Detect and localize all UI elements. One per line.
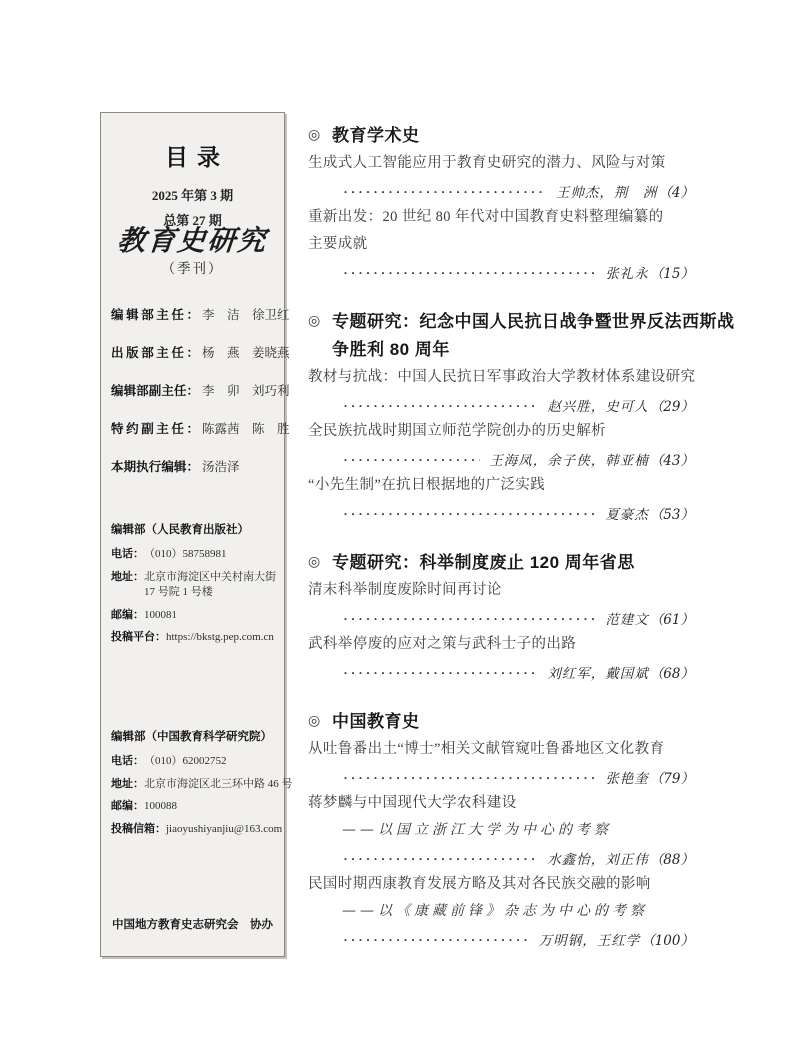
executive-editor-row: 本期执行编辑： 汤浩泽	[111, 459, 278, 476]
dot-leader	[342, 391, 538, 418]
article-page-number: （53）	[649, 503, 694, 523]
article-authors: 王海凤，余子侠，韩亚楠	[489, 449, 649, 469]
contact-address-row: 地址： 北京市海淀区中关村南大街 17 号院 1 号楼	[111, 570, 280, 601]
submission-platform-label: 投稿平台：	[111, 630, 166, 646]
article-page-number: （15）	[649, 262, 694, 282]
address-line: 北京市海淀区中关村南大街	[144, 570, 276, 586]
article-title-line: 武科举停废的应对之策与武科士子的出路	[308, 631, 694, 658]
section-heading: 争胜利 80 周年	[332, 336, 735, 364]
dot-leader	[342, 658, 538, 685]
article-authors: 刘红军，戴国斌	[547, 662, 649, 682]
article-page-number: （4）	[657, 181, 694, 201]
article-authors: 范建文	[605, 608, 649, 628]
contact-org-name: 编辑部（中国教育科学研究院）	[111, 728, 280, 744]
issue-number: 2025 年第 3 期	[101, 185, 284, 204]
toc-section: ◎ 专题研究：纪念中国人民抗日战争暨世界反法西斯战 争胜利 80 周年 教材与抗…	[308, 308, 694, 526]
dot-leader	[342, 604, 596, 631]
section-bullet-icon: ◎	[308, 308, 332, 364]
contact-postcode-row: 邮编： 100081	[111, 608, 280, 624]
article-page-number: （79）	[649, 767, 694, 787]
article-page-number: （29）	[649, 395, 694, 415]
executive-editor-label: 本期执行编辑：	[111, 459, 199, 476]
postcode-value: 100081	[144, 608, 177, 624]
article-title-line: “小先生制”在抗日根据地的广泛实践	[308, 472, 694, 499]
dot-leader	[342, 763, 596, 790]
staff-role-label: 特约副主任：	[111, 421, 199, 438]
article-authors: 张艳奎	[605, 767, 649, 787]
staff-names: 李 卯 刘巧利	[199, 383, 290, 400]
section-heading: 中国教育史	[332, 708, 694, 736]
article-page-number: （61）	[649, 608, 694, 628]
section-heading-row: ◎ 中国教育史	[308, 708, 694, 736]
article-authors: 张礼永	[605, 262, 649, 282]
dot-leader-row: 夏豪杰 （53）	[308, 499, 694, 526]
article-title-line: 民国时期西康教育发展方略及其对各民族交融的影响	[308, 871, 694, 898]
article-title-line: 清末科举制度废除时间再讨论	[308, 577, 694, 604]
section-heading-row: ◎ 专题研究：纪念中国人民抗日战争暨世界反法西斯战 争胜利 80 周年	[308, 308, 694, 364]
submission-email-label: 投稿信箱：	[111, 822, 166, 838]
contact-block-cnaes: 编辑部（中国教育科学研究院） 电话： （010）62002752 地址： 北京市…	[111, 728, 280, 844]
journal-info-panel: 目录 2025 年第 3 期 总第 27 期 教育史研究 （季刊） 编辑部主任：…	[100, 112, 285, 957]
address-value: 北京市海淀区中关村南大街 17 号院 1 号楼	[144, 570, 276, 601]
phone-value: （010）62002752	[144, 754, 227, 770]
staff-role-label: 编辑部主任：	[111, 307, 199, 324]
postcode-label: 邮编：	[111, 799, 144, 815]
dot-leader	[342, 445, 480, 472]
dot-leader-row: 张艳奎 （79）	[308, 763, 694, 790]
staff-row: 编辑部主任： 李 洁 徐卫红	[111, 307, 278, 324]
phone-label: 电话：	[111, 547, 144, 563]
contact-submission-row: 投稿平台： https://bkstg.pep.com.cn	[111, 630, 280, 646]
phone-value: （010）58758981	[144, 547, 227, 563]
staff-row: 编辑部副主任： 李 卯 刘巧利	[111, 383, 278, 400]
toc-section: ◎ 专题研究：科举制度废止 120 周年省思 清末科举制度废除时间再讨论 范建文…	[308, 549, 694, 685]
contact-postcode-row: 邮编： 100088	[111, 799, 280, 815]
article-title-line: 蒋梦麟与中国现代大学农科建设	[308, 790, 694, 817]
dot-leader-row: 王帅杰，荆 洲 （4）	[308, 177, 694, 204]
address-line: 17 号院 1 号楼	[144, 585, 276, 601]
article-authors: 万明钢，王红学	[539, 929, 641, 949]
co-organizer: 中国地方教育史志研究会 协办	[101, 916, 284, 932]
dot-leader	[342, 177, 547, 204]
staff-row: 特约副主任： 陈露茜 陈 胜	[111, 421, 278, 438]
contact-phone-row: 电话： （010）62002752	[111, 754, 280, 770]
staff-names: 杨 燕 姜晓燕	[199, 345, 290, 362]
dot-leader-row: 刘红军，戴国斌 （68）	[308, 658, 694, 685]
postcode-label: 邮编：	[111, 608, 144, 624]
article-page-number: （68）	[649, 662, 694, 682]
staff-names: 陈露茜 陈 胜	[199, 421, 290, 438]
article-authors: 夏豪杰	[605, 503, 649, 523]
dot-leader-row: 水鑫怡，刘正伟 （88）	[308, 844, 694, 871]
staff-names: 李 洁 徐卫红	[199, 307, 290, 324]
dot-leader-row: 万明钢，王红学 （100）	[308, 925, 694, 952]
phone-label: 电话：	[111, 754, 144, 770]
address-label: 地址：	[111, 570, 144, 601]
section-bullet-icon: ◎	[308, 549, 332, 577]
address-value: 北京市海淀区北三环中路 46 号	[144, 777, 293, 793]
submission-email-value: jiaoyushiyanjiu@163.com	[166, 822, 282, 838]
article-authors: 王帅杰，荆 洲	[556, 181, 658, 201]
editorial-staff-list: 编辑部主任： 李 洁 徐卫红 出版部主任： 杨 燕 姜晓燕 编辑部副主任： 李 …	[111, 307, 278, 459]
dot-leader	[342, 925, 530, 952]
journal-frequency: （季刊）	[101, 257, 284, 277]
section-heading: 专题研究：科举制度废止 120 周年省思	[332, 549, 694, 577]
staff-role-label: 编辑部副主任：	[111, 383, 199, 400]
article-title-line: 主要成就	[308, 231, 694, 258]
toc-section: ◎ 中国教育史 从吐鲁番出土“博士”相关文献管窥吐鲁番地区文化教育 张艳奎 （7…	[308, 708, 694, 952]
article-title-line: 重新出发：20 世纪 80 年代对中国教育史料整理编纂的	[308, 204, 694, 231]
article-subtitle: ——以《康藏前锋》杂志为中心的考察	[308, 898, 694, 925]
postcode-value: 100088	[144, 799, 177, 815]
article-title-line: 教材与抗战：中国人民抗日军事政治大学教材体系建设研究	[308, 364, 694, 391]
toc-list: ◎ 教育学术史 生成式人工智能应用于教育史研究的潜力、风险与对策 王帅杰，荆 洲…	[308, 122, 694, 975]
contact-phone-row: 电话： （010）58758981	[111, 547, 280, 563]
article-title-line: 生成式人工智能应用于教育史研究的潜力、风险与对策	[308, 150, 694, 177]
dot-leader	[342, 258, 596, 285]
dot-leader-row: 张礼永 （15）	[308, 258, 694, 285]
section-heading: 专题研究：纪念中国人民抗日战争暨世界反法西斯战	[332, 308, 735, 336]
journal-name: 教育史研究	[99, 219, 285, 259]
dot-leader	[342, 844, 538, 871]
contact-email-row: 投稿信箱： jiaoyushiyanjiu@163.com	[111, 822, 280, 838]
article-page-number: （43）	[649, 449, 694, 469]
dot-leader	[342, 499, 596, 526]
section-heading-row: ◎ 专题研究：科举制度废止 120 周年省思	[308, 549, 694, 577]
staff-row: 出版部主任： 杨 燕 姜晓燕	[111, 345, 278, 362]
article-title-line: 全民族抗战时期国立师范学院创办的历史解析	[308, 418, 694, 445]
article-page-number: （100）	[640, 929, 694, 949]
staff-role-label: 出版部主任：	[111, 345, 199, 362]
article-title-line: 从吐鲁番出土“博士”相关文献管窥吐鲁番地区文化教育	[308, 736, 694, 763]
submission-platform-url: https://bkstg.pep.com.cn	[166, 630, 274, 646]
section-bullet-icon: ◎	[308, 708, 332, 736]
dot-leader-row: 王海凤，余子侠，韩亚楠 （43）	[308, 445, 694, 472]
contact-org-name: 编辑部（人民教育出版社）	[111, 521, 280, 537]
executive-editor-name: 汤浩泽	[199, 459, 240, 476]
dot-leader-row: 赵兴胜，史可人 （29）	[308, 391, 694, 418]
article-subtitle: ——以国立浙江大学为中心的考察	[308, 817, 694, 844]
contact-address-row: 地址： 北京市海淀区北三环中路 46 号	[111, 777, 280, 793]
toc-title: 目录	[101, 139, 284, 172]
dot-leader-row: 范建文 （61）	[308, 604, 694, 631]
contact-block-pep: 编辑部（人民教育出版社） 电话： （010）58758981 地址： 北京市海淀…	[111, 521, 280, 653]
section-heading-row: ◎ 教育学术史	[308, 122, 694, 150]
article-authors: 水鑫怡，刘正伟	[547, 848, 649, 868]
section-bullet-icon: ◎	[308, 122, 332, 150]
article-page-number: （88）	[649, 848, 694, 868]
article-authors: 赵兴胜，史可人	[547, 395, 649, 415]
address-label: 地址：	[111, 777, 144, 793]
toc-section: ◎ 教育学术史 生成式人工智能应用于教育史研究的潜力、风险与对策 王帅杰，荆 洲…	[308, 122, 694, 285]
section-heading: 教育学术史	[332, 122, 694, 150]
